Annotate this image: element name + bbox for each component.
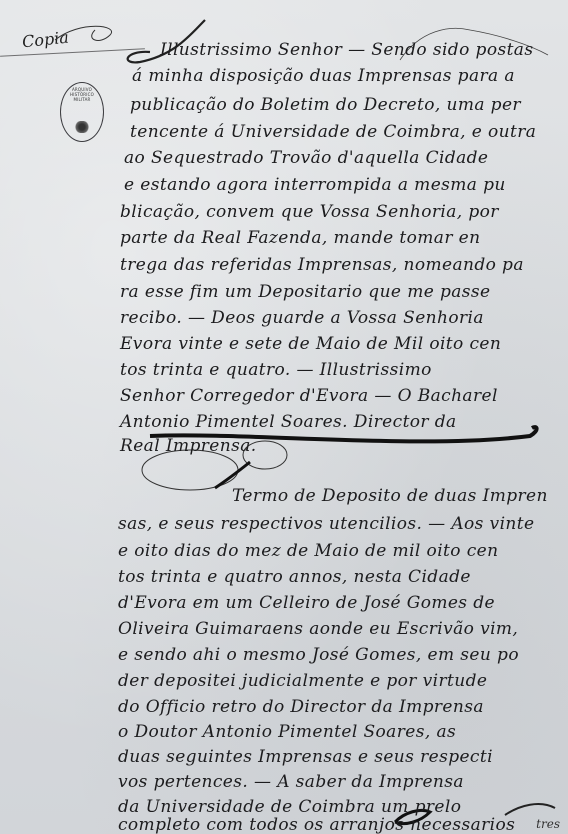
termo-line: d'Evora em um Celleiro de José Gomes de bbox=[118, 593, 495, 613]
letter-line: Illustrissimo Senhor — Sendo sido postas bbox=[160, 40, 533, 60]
termo-line: Termo de Deposito de duas Impren bbox=[232, 486, 548, 506]
letter-line: Senhor Corregedor d'Evora — O Bacharel bbox=[120, 386, 498, 406]
termo-line: e sendo ahi o mesmo José Gomes, em seu p… bbox=[118, 645, 519, 665]
letter-line: trega das referidas Imprensas, nomeando … bbox=[120, 255, 524, 275]
termo-line: der depositei judicialmente e por virtud… bbox=[118, 671, 487, 691]
catchword: tres bbox=[536, 817, 560, 831]
letter-line: ra esse fim um Depositario que me passe bbox=[120, 282, 491, 302]
letter-line: tos trinta e quatro. — Illustrissimo bbox=[120, 360, 432, 380]
letter-line: recibo. — Deos guarde a Vossa Senhoria bbox=[120, 308, 484, 328]
letter-line: blicação, convem que Vossa Senhoria, por bbox=[120, 202, 499, 222]
termo-line: duas seguintes Imprensas e seus respecti bbox=[118, 747, 493, 767]
letter-line: tencente á Universidade de Coimbra, e ou… bbox=[130, 122, 536, 142]
termo-line: tos trinta e quatro annos, nesta Cidade bbox=[118, 567, 471, 587]
letter-line: Antonio Pimentel Soares. Director da bbox=[120, 412, 457, 432]
termo-line: do Officio retro do Director da Imprensa bbox=[118, 697, 484, 717]
termo-line: vos pertences. — A saber da Imprensa bbox=[118, 772, 464, 792]
termo-line: o Doutor Antonio Pimentel Soares, as bbox=[118, 722, 456, 742]
letter-line: Evora vinte e sete de Maio de Mil oito c… bbox=[120, 334, 501, 354]
termo-line: da Universidade de Coimbra um prelo bbox=[118, 797, 461, 817]
letter-line: publicação do Boletim do Decreto, uma pe… bbox=[130, 95, 521, 115]
letter-line: Real Imprensa. bbox=[120, 436, 257, 456]
termo-line: completo com todos os arranjos necessari… bbox=[118, 815, 515, 834]
letter-line: e estando agora interrompida a mesma pu bbox=[124, 175, 506, 195]
termo-line: e oito dias do mez de Maio de mil oito c… bbox=[118, 541, 498, 561]
termo-line: Oliveira Guimaraens aonde eu Escrivão vi… bbox=[118, 619, 518, 639]
letter-line: parte da Real Fazenda, mande tomar en bbox=[120, 228, 480, 248]
letter-line: á minha disposição duas Imprensas para a bbox=[132, 66, 515, 86]
termo-line: sas, e seus respectivos utencilios. — Ao… bbox=[118, 514, 534, 534]
letter-line: ao Sequestrado Trovão d'aquella Cidade bbox=[124, 148, 488, 168]
manuscript-page: Copia ARQUIVO HISTÓRICO MILITAR Illustri… bbox=[0, 0, 568, 834]
